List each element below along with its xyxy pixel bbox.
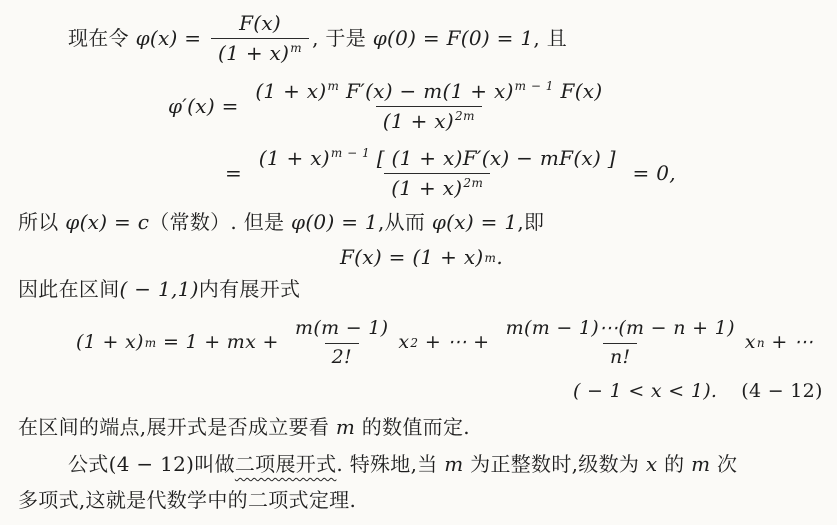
intro-line: 现在令 φ(x) = F(x) (1 + x)m , 于是 φ(0) = F(0… — [68, 12, 567, 65]
den-base: (1 + x) — [383, 109, 454, 133]
phi-definition-fraction: F(x) (1 + x)m — [211, 12, 309, 65]
general-term-numerator: m(m − 1)⋯(m − n + 1) — [499, 318, 742, 343]
x-squared-exp: 2 — [410, 337, 418, 349]
factored-num-a: (1 + x) — [259, 146, 330, 170]
general-term-fraction: m(m − 1)⋯(m − n + 1) n! — [499, 318, 742, 369]
derivative-numerator: (1 + x)m F′(x) − m(1 + x)m − 1 F(x) — [248, 80, 609, 106]
fraction-denominator: (1 + x)m — [211, 38, 309, 65]
x-variable: x — [646, 452, 658, 477]
final-remark-line: 多项式,这就是代数学中的二项式定理. — [18, 488, 356, 513]
phi-zero-one: φ(0) = 1 — [291, 210, 378, 235]
conclusion-lead: 所以 — [18, 210, 65, 235]
endpoint-remark-line: 在区间的端点,展开式是否成立要看 m 的数值而定. — [18, 415, 470, 440]
fraction-numerator: F(x) — [232, 12, 288, 38]
derivative-denominator: (1 + x)2m — [376, 106, 482, 133]
num-exp-b: m − 1 — [515, 79, 554, 93]
factored-numerator: (1 + x)m − 1 [ (1 + x)F′(x) − mF(x) ] — [252, 147, 623, 173]
factored-den-exp: 2m — [463, 176, 483, 190]
constant-note: （常数）. 但是 — [149, 210, 291, 235]
expansion-first-terms: = 1 + mx + — [157, 331, 285, 355]
factored-num-b: [ (1 + x)F′(x) − mF(x) ] — [370, 146, 616, 170]
intro-tail-text: , 且 — [533, 26, 567, 51]
num-part-c: F(x) — [554, 79, 603, 103]
expansion-ellipsis-mid: + ⋯ + — [419, 331, 496, 355]
result-equation: F(x) = (1 + x)m. — [340, 245, 503, 270]
conclusion-line: 所以 φ(x) = c （常数）. 但是 φ(0) = 1 ,从而 φ(x) =… — [18, 210, 544, 235]
second-term-denominator: 2! — [325, 343, 359, 369]
x-n-base: x — [745, 331, 756, 355]
phi-definition: φ(x) = — [136, 26, 208, 51]
interval-range: ( − 1,1) — [120, 277, 199, 302]
binomial-expansion-term: 二项展开式 — [235, 452, 337, 477]
m-variable-2: m — [691, 452, 710, 477]
second-term-numerator: m(m − 1) — [288, 318, 395, 343]
general-term-denominator: n! — [603, 343, 637, 369]
derivative-fraction: (1 + x)m F′(x) − m(1 + x)m − 1 F(x) (1 +… — [248, 80, 609, 133]
x-squared-base: x — [398, 331, 409, 355]
factored-den-base: (1 + x) — [391, 176, 462, 200]
interval-line: 因此在区间 ( − 1,1) 内有展开式 — [18, 277, 300, 302]
m-variable-1: m — [444, 452, 463, 477]
initial-values: φ(0) = F(0) = 1 — [373, 26, 534, 51]
endpoint-lead: 在区间的端点,展开式是否成立要看 — [18, 415, 336, 440]
degree-text: 次 — [710, 452, 737, 477]
num-part-a: (1 + x) — [255, 79, 326, 103]
special-case-text: . 特殊地,当 — [336, 452, 444, 477]
x-n-exp: n — [757, 337, 765, 349]
interval-lead: 因此在区间 — [18, 277, 120, 302]
convergence-range: ( − 1 < x < 1). — [573, 380, 717, 404]
denominator-exponent: m — [290, 41, 302, 55]
den-exp: 2m — [455, 109, 475, 123]
factored-equation: = (1 + x)m − 1 [ (1 + x)F′(x) − mF(x) ] … — [225, 147, 676, 200]
formula-reference: (4 − 12) — [109, 452, 195, 477]
denominator-base: (1 + x) — [218, 41, 289, 65]
phi-x-one: φ(x) = 1 — [432, 210, 518, 235]
result-body: F(x) = (1 + x) — [340, 245, 484, 270]
equals-zero: = 0, — [626, 161, 676, 186]
textbook-page: 现在令 φ(x) = F(x) (1 + x)m , 于是 φ(0) = F(0… — [0, 0, 837, 525]
result-exponent: m — [485, 252, 497, 264]
therefore-text: ,从而 — [378, 210, 432, 235]
equation-number: (4 − 12) — [741, 380, 823, 404]
expansion-tail-ellipsis: + ⋯ — [765, 331, 813, 355]
num-exp-a: m — [328, 79, 340, 93]
interval-tail: 内有展开式 — [199, 277, 301, 302]
called-word: 叫做 — [194, 452, 235, 477]
factored-fraction: (1 + x)m − 1 [ (1 + x)F′(x) − mF(x) ] (1… — [252, 147, 623, 200]
derivative-equation: φ′(x) = (1 + x)m F′(x) − m(1 + x)m − 1 F… — [168, 80, 613, 133]
endpoint-m: m — [336, 415, 355, 440]
condition-line: ( − 1 < x < 1). (4 − 12) — [573, 380, 823, 404]
expansion-lhs-exp: m — [145, 337, 157, 349]
factored-denominator: (1 + x)2m — [384, 173, 490, 200]
of-text: 的 — [657, 452, 691, 477]
second-term-fraction: m(m − 1) 2! — [288, 318, 395, 369]
endpoint-tail: 的数值而定. — [355, 415, 470, 440]
phi-equals-c: φ(x) = c — [65, 210, 149, 235]
positive-integer-text: 为正整数时,级数为 — [463, 452, 645, 477]
binomial-theorem-text: 多项式,这就是代数学中的二项式定理. — [18, 488, 356, 513]
expansion-lhs: (1 + x) — [76, 331, 144, 355]
result-period: . — [496, 245, 503, 270]
formula-word: 公式 — [68, 452, 109, 477]
binomial-name-line: 公式 (4 − 12) 叫做 二项展开式 . 特殊地,当 m 为正整数时,级数为… — [68, 452, 737, 477]
factored-equals: = — [225, 161, 249, 186]
intro-lead-text: 现在令 — [68, 26, 136, 51]
num-part-b: F′(x) − m(1 + x) — [339, 79, 513, 103]
intro-mid-text: , 于是 — [312, 26, 373, 51]
factored-num-exp: m − 1 — [331, 146, 370, 160]
binomial-expansion-equation: (1 + x)m = 1 + mx + m(m − 1) 2! x2 + ⋯ +… — [76, 318, 813, 369]
that-is-text: ,即 — [517, 210, 544, 235]
derivative-lhs: φ′(x) = — [168, 94, 245, 119]
